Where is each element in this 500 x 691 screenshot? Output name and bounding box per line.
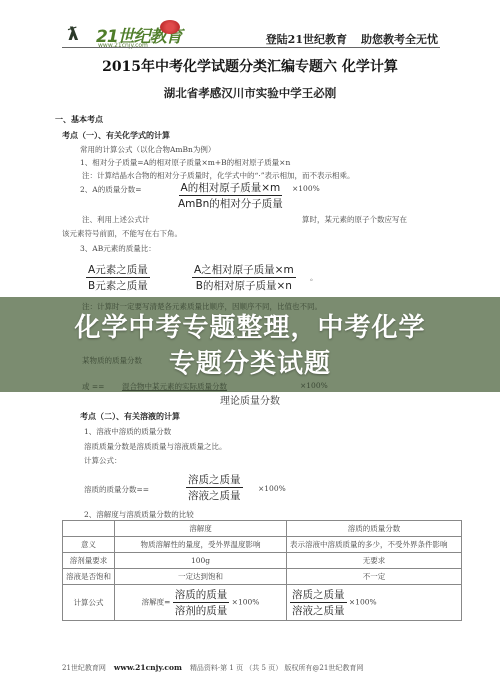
page-footer: 21世纪教育网www.21cnjy.com精品资料·第 1 页 （共 5 页） … [62,663,363,673]
point1-note2a: 注、利用上述公式计 [82,214,150,225]
site-logo[interactable]: ƛ 21世纪教育 www.21cnjy.com [68,18,188,48]
mass-ratio-formula-2: A之相对原子质量×m B的相对原子质量×n [192,262,296,293]
table-cell: 一定达到饱和 [115,569,287,585]
runner-logo-icon: ƛ [68,24,79,45]
table-header-row: 溶解度 溶质的质量分数 [63,521,462,537]
table-cell: 无要求 [287,553,462,569]
formula-numerator: 溶质的质量 [173,587,230,603]
point2-item2: 2、溶解度与溶质质量分数的比较 [84,509,194,520]
point2-formula-label: 计算公式： [84,455,122,466]
fraction-suffix: ×100% [349,598,377,607]
overlay-title-line-2: 专题分类试题 [0,343,500,380]
footer-url[interactable]: www.21cnjy.com [114,663,182,672]
point1-heading: 考点（一）、有关化学式的计算 [62,130,170,141]
table-row: 溶液是否饱和 一定达到饱和 不一定 [63,569,462,585]
point1-note2c: 该元素符号前面，不能写在右下角。 [62,228,182,239]
footer-site-name: 21世纪教育网 [62,664,106,672]
table-header: 溶解度 [115,521,287,537]
formula-denominator: 溶液之质量 [290,603,347,618]
footer-page-info: 精品资料·第 1 页 （共 5 页） 版权所有@21世纪教育网 [190,664,363,672]
mass-ratio-formula-1: A元素之质量 B元素之质量 [86,262,150,293]
table-cell: 溶解度= 溶质的质量 溶剂的质量 ×100% [115,585,287,621]
table-cell: 表示溶液中溶质质量的多少，不受外界条件影响 [287,537,462,553]
item4-denominator: 理论质量分数 [0,392,500,407]
point1-note2b: 算时，某元素的原子个数应写在 [302,214,407,225]
item3-suffix: 。 [310,272,318,283]
table-cell: 溶质之质量 溶液之质量 ×100% [287,585,462,621]
formula-numerator: A元素之质量 [86,262,150,278]
table-cell: 溶液是否饱和 [63,569,115,585]
table-cell: 计算公式 [63,585,115,621]
point1-intro: 常用的计算公式（以化合物AmBn为例） [80,144,215,155]
table-row: 溶剂量要求 100g 无要求 [63,553,462,569]
solubility-formula: 溶质的质量 溶剂的质量 [173,587,230,618]
table-row: 意义 物质溶解性的量度，受外界温度影响 表示溶液中溶质质量的多少，不受外界条件影… [63,537,462,553]
formula-denominator: 溶剂的质量 [173,603,230,618]
solubility-prefix: 溶解度= [142,598,171,607]
point2-item1: 1、溶液中溶质的质量分数 [84,426,171,437]
formula-denominator: 溶液之质量 [186,488,243,503]
table-cell: 不一定 [287,569,462,585]
table-cell: 100g [115,553,287,569]
obscured-item4-suffix: ×100% [300,381,328,390]
obscured-item4-prefix: 或 == [82,381,104,392]
point2-desc: 溶质质量分数是溶质质量与溶液质量之比。 [84,441,227,452]
fraction-formula: 溶质之质量 溶液之质量 [290,587,347,618]
point1-item1: 1、相对分子质量=A的相对原子质量×m+B的相对原子质量×n [80,157,290,168]
slogan-part-2: 助您教考全无忧 [361,33,438,46]
point2-formula-lhs: 溶质的质量分数== [84,484,149,495]
mass-fraction-formula: A的相对原子质量×m AmBn的相对分子质量 [176,180,285,211]
overlay-title-line-1: 化学中考专题整理，中考化学 [0,307,500,344]
section-heading: 一、基本考点 [55,114,103,125]
table-header: 溶质的质量分数 [287,521,462,537]
obscured-item4-num: 混合物中某元素的实际质量分数 [122,381,227,392]
table-cell: 溶剂量要求 [63,553,115,569]
comparison-table: 溶解度 溶质的质量分数 意义 物质溶解性的量度，受外界温度影响 表示溶液中溶质质… [62,520,462,621]
table-cell: 物质溶解性的量度，受外界温度影响 [115,537,287,553]
document-author: 湖北省孝感汉川市实验中学王必刚 [0,85,500,101]
slogan-part-1: 登陆21世纪教育 [266,33,347,46]
table-row: 计算公式 溶解度= 溶质的质量 溶剂的质量 ×100% 溶质之质量 溶液之质量 … [63,585,462,621]
solution-fraction-formula: 溶质之质量 溶液之质量 [186,472,243,503]
formula-numerator: A的相对原子质量×m [179,180,283,196]
table-cell: 意义 [63,537,115,553]
formula-denominator: B元素之质量 [86,278,150,293]
formula-denominator: B的相对原子质量×n [194,278,294,293]
point2-formula-suffix: ×100% [258,484,286,493]
formula-suffix: ×100% [292,184,320,193]
formula-numerator: 溶质之质量 [186,472,243,488]
header-divider [62,47,440,48]
point1-item3: 3、AB元素的质量比： [80,243,156,254]
point1-item2-label: 2、A的质量分数= [80,184,141,195]
header-slogan: 登陆21世纪教育助您教考全无忧 [266,31,438,47]
formula-denominator: AmBn的相对分子质量 [176,196,285,211]
document-title: 2015年中考化学试题分类汇编专题六 化学计算 [0,56,500,76]
title-overlay-banner: 注：计算时一定要写清楚各元素质量比顺序，因顺序不同，比值也不同。 某物质的质量分… [0,297,500,392]
solubility-suffix: ×100% [232,598,260,607]
point2-heading: 考点（二）、有关溶液的计算 [80,411,180,422]
formula-numerator: 溶质之质量 [290,587,347,603]
flower-logo-icon [160,20,180,34]
table-header [63,521,115,537]
formula-numerator: A之相对原子质量×m [192,262,296,278]
